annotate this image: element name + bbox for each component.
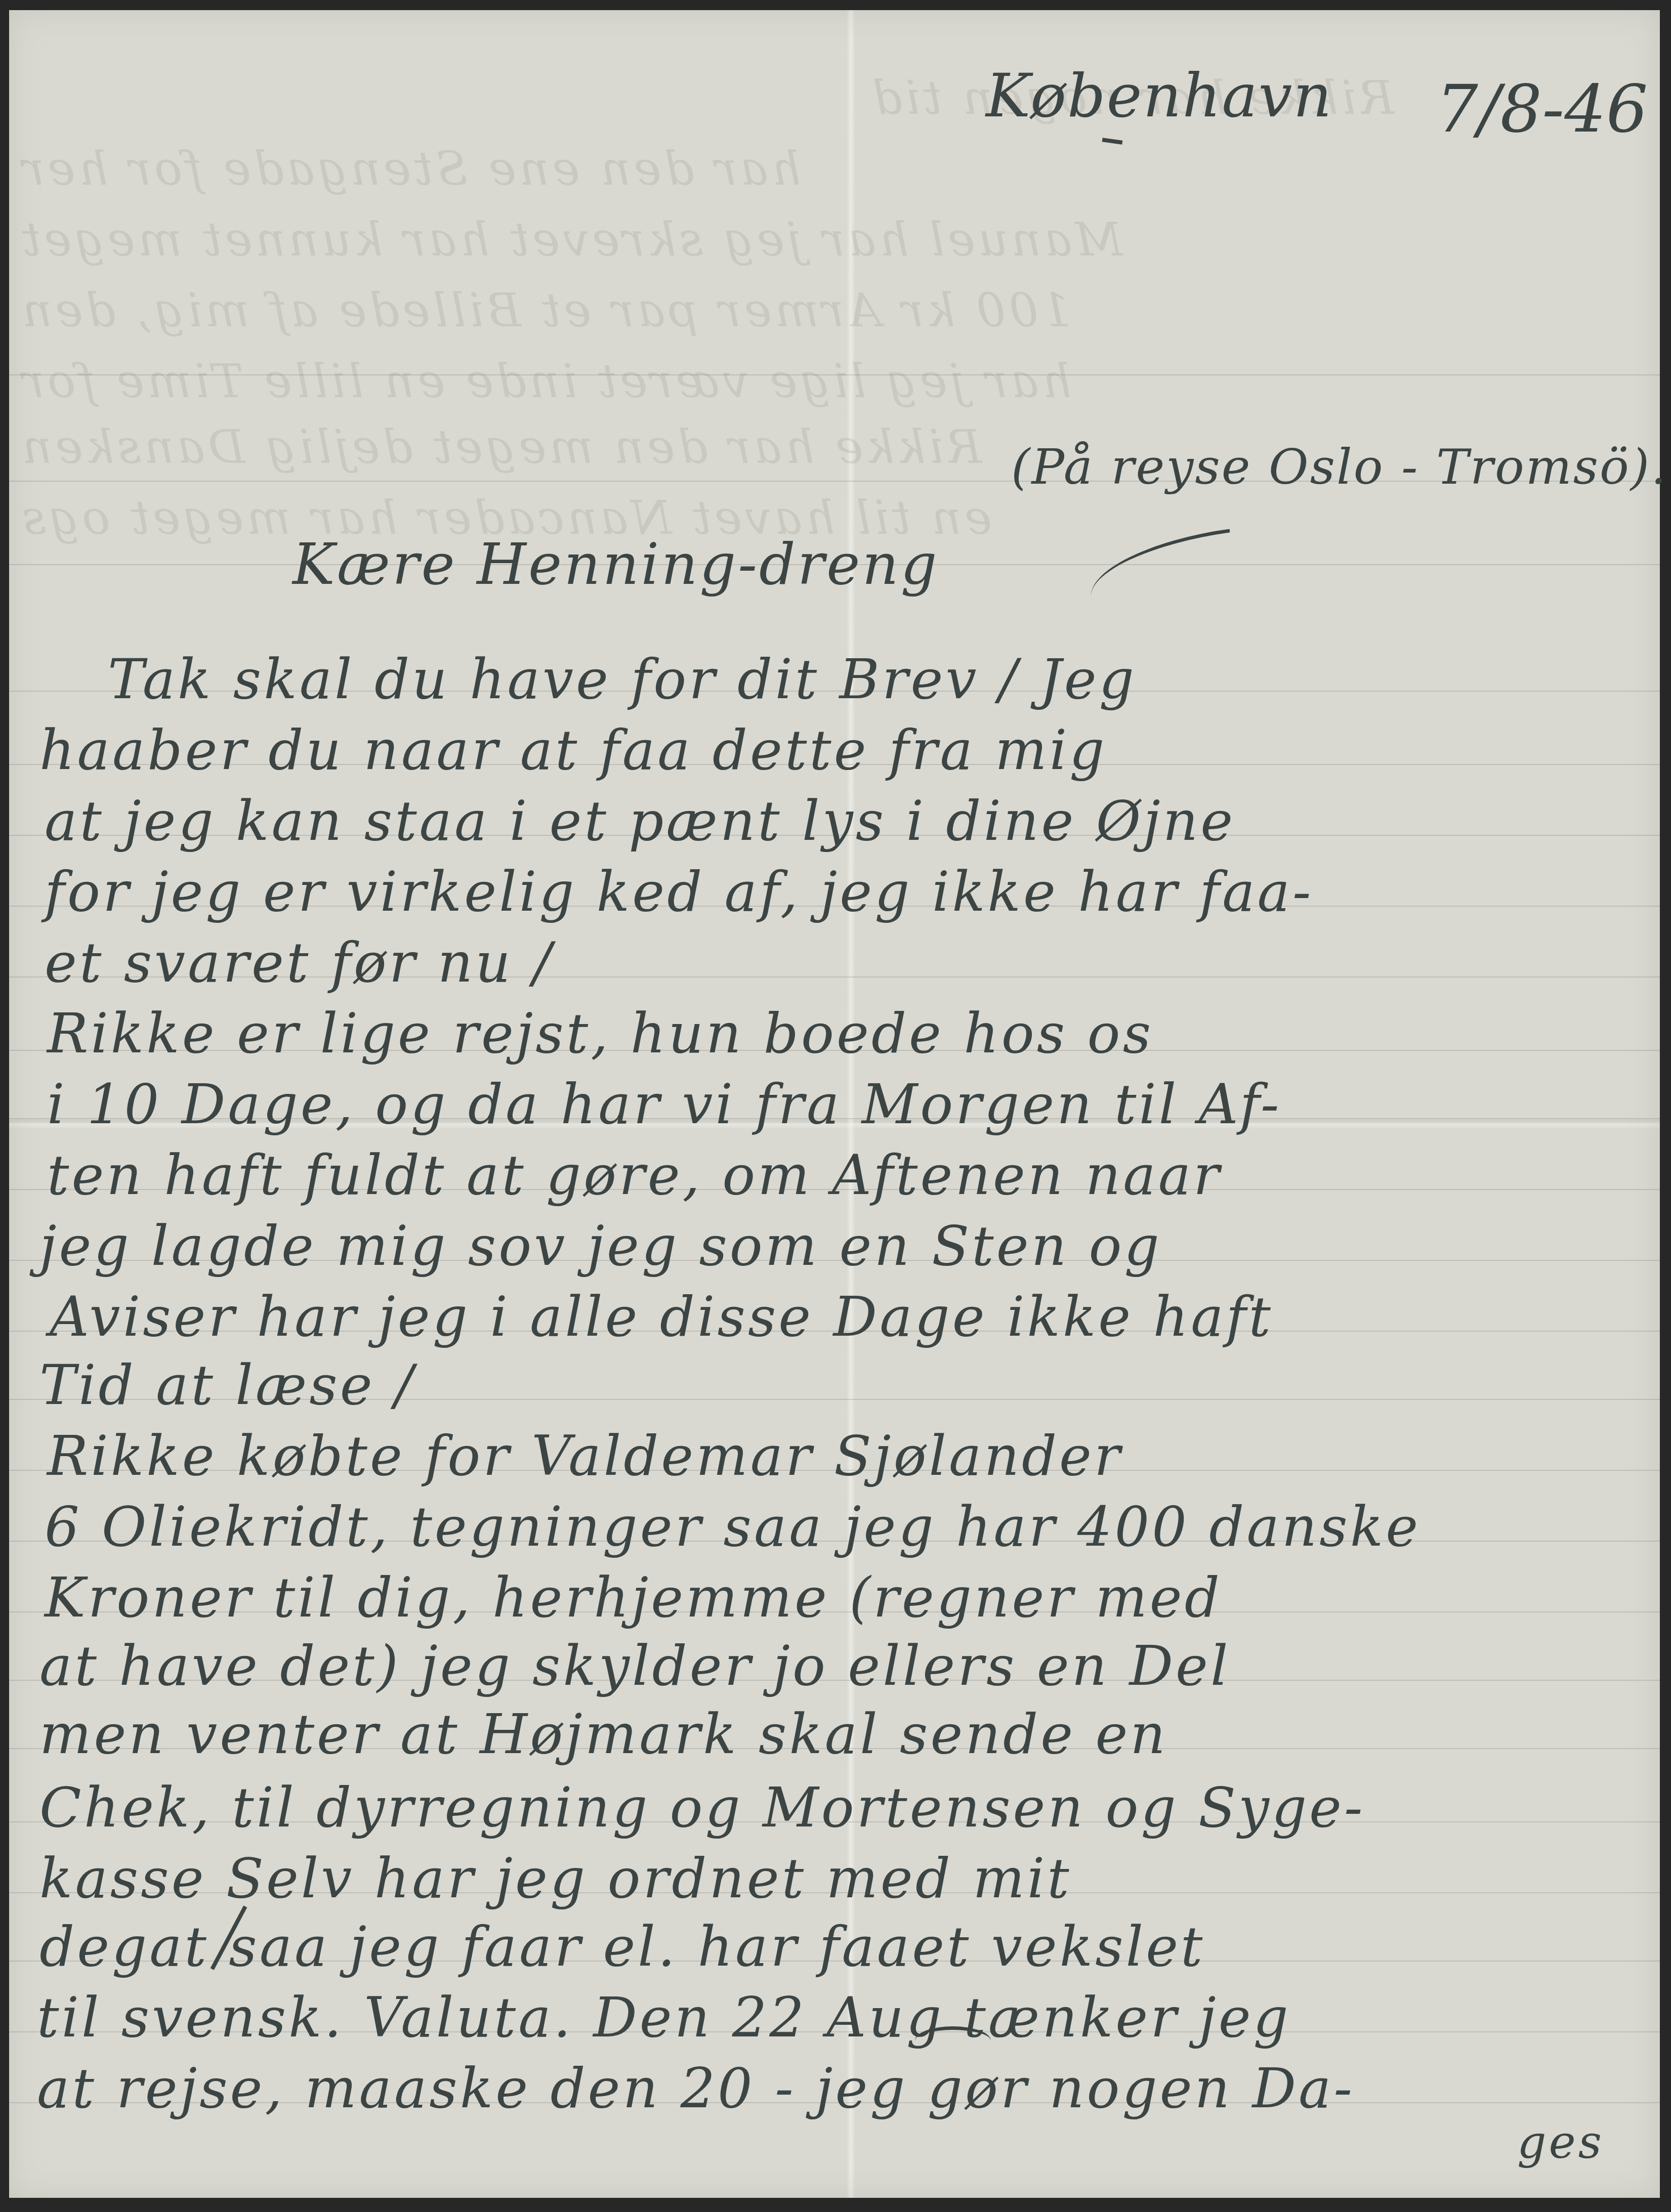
header-dash-mark [1102, 138, 1123, 144]
salutation-flourish [1084, 529, 1237, 598]
letter-line: Kroner til dig, herhjemme (regner med [45, 1571, 1222, 1626]
letter-line: ten haft fuldt at gøre, om Aftenen naar [47, 1148, 1222, 1203]
letter-line: at have det) jeg skylder jo ellers en De… [39, 1639, 1231, 1694]
letter-line: degat saa jeg faar el. har faaet vekslet [39, 1920, 1205, 1975]
travel-note: (På reyse Oslo - Tromsö). [1011, 443, 1668, 491]
letter-line: kasse Selv har jeg ordnet med mit [39, 1852, 1072, 1906]
letter-line: Tak skal du have for dit Brev / Jeg [108, 653, 1137, 707]
bleed-through-text: 100 kr Armer par et Billede af mig, den [19, 283, 1071, 337]
letter-line: til svensk. Valuta. Den 22 Aug tænker je… [37, 1991, 1291, 2046]
bleed-through-text: har jeg lige været inde en lille Time fo… [19, 354, 1072, 408]
letter-line-continuation: ges [1517, 2120, 1604, 2165]
letter-line: haaber du naar at faa dette fra mig [39, 724, 1107, 778]
letter-line: 6 Oliekridt, tegninger saa jeg har 400 d… [45, 1500, 1421, 1555]
letter-page: Rikke har nogen tid har den ene Stengade… [9, 10, 1660, 2198]
letter-place: København [986, 66, 1333, 125]
letter-line: men venter at Højmark skal sende en [39, 1708, 1168, 1762]
salutation: Kære Henning-dreng [293, 536, 939, 593]
letter-line: i 10 Dage, og da har vi fra Morgen til A… [47, 1078, 1281, 1132]
letter-line: Aviser har jeg i alle disse Dage ikke ha… [50, 1290, 1273, 1345]
letter-line: Rikke er lige rejst, hun boede hos os [47, 1007, 1153, 1061]
letter-line: Chek, til dyrregning og Mortensen og Syg… [39, 1781, 1365, 1836]
letter-line: Rikke købte for Valdemar Sjølander [47, 1429, 1123, 1484]
bleed-through-text: Rikke har den meget dejlig Dansken [19, 420, 982, 474]
bleed-through-text: har den ene Stengade for her [19, 142, 801, 196]
letter-line: Tid at læse / [39, 1358, 415, 1413]
bleed-through-text: Manuel har jeg skrevet har kunnet meget [19, 212, 1123, 267]
letter-line: at jeg kan staa i et pænt lys i dine Øjn… [45, 794, 1235, 849]
letter-line: jeg lagde mig sov jeg som en Sten og [39, 1219, 1162, 1274]
letter-date: 7/8-46 [1436, 76, 1648, 142]
letter-line: for jeg er virkelig ked af, jeg ikke har… [45, 865, 1313, 920]
letter-line: et svaret før nu / [45, 936, 554, 991]
letter-line: at rejse, maaske den 20 - jeg gør nogen … [37, 2062, 1355, 2116]
